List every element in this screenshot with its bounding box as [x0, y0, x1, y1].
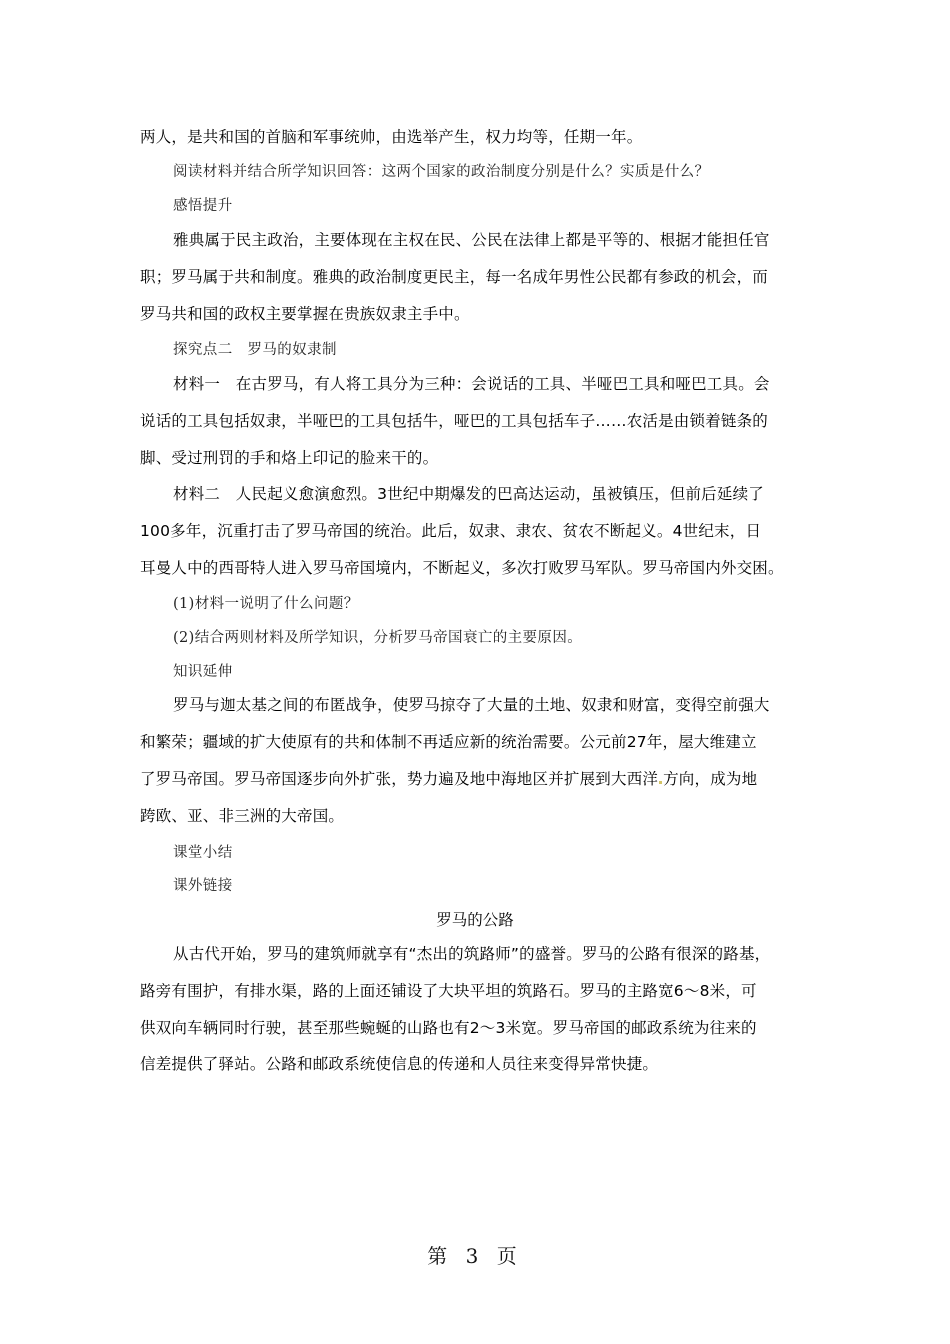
- paragraph-line: 罗马与迦太基之间的布匿战争，使罗马掠夺了大量的土地、奴隶和财富，变得空前强大: [173, 695, 863, 715]
- paragraph-line: 了罗马帝国。罗马帝国逐步向外扩张，势力遍及地中海地区并扩展到大西洋方向，成为地: [140, 769, 830, 789]
- section-heading-extra-link: 课外链接: [173, 876, 863, 896]
- question-prompt: 阅读材料并结合所学知识回答：这两个国家的政治制度分别是什么？实质是什么？: [173, 162, 863, 182]
- paragraph-line: 脚、受过刑罚的手和烙上印记的脸来干的。: [140, 448, 830, 468]
- article-title: 罗马的公路: [0, 910, 950, 930]
- paragraph-line: 和繁荣；疆域的扩大使原有的共和体制不再适应新的统治需要。公元前27年，屋大维建立: [140, 732, 830, 752]
- paragraph-line: 100多年，沉重打击了罗马帝国的统治。此后，奴隶、隶农、贫农不断起义。4世纪末，…: [140, 521, 830, 541]
- section-heading-explore-point-2: 探究点二 罗马的奴隶制: [173, 340, 863, 360]
- section-heading-insight: 感悟提升: [173, 196, 863, 216]
- edit-mark: [659, 781, 662, 784]
- document-page: 两人，是共和国的首脑和军事统帅，由选举产生，权力均等，任期一年。 阅读材料并结合…: [0, 0, 950, 1344]
- paragraph-line: 供双向车辆同时行驶，甚至那些蜿蜒的山路也有2～3米宽。罗马帝国的邮政系统为往来的: [140, 1018, 830, 1038]
- paragraph-line: 耳曼人中的西哥特人进入罗马帝国境内，不断起义，多次打败罗马军队。罗马帝国内外交困…: [140, 558, 830, 578]
- paragraph-line: 职；罗马属于共和制度。雅典的政治制度更民主，每一名成年男性公民都有参政的机会，而: [140, 267, 830, 287]
- section-heading-extension: 知识延伸: [173, 662, 863, 682]
- paragraph-line: 信差提供了驿站。公路和邮政系统使信息的传递和人员往来变得异常快捷。: [140, 1054, 830, 1074]
- paragraph-line: 材料一 在古罗马，有人将工具分为三种：会说话的工具、半哑巴工具和哑巴工具。会: [173, 374, 863, 394]
- paragraph-line: 路旁有围护，有排水渠，路的上面还铺设了大块平坦的筑路石。罗马的主路宽6～8米，可: [140, 981, 830, 1001]
- paragraph-line: 说话的工具包括奴隶，半哑巴的工具包括牛，哑巴的工具包括车子……农活是由锁着链条的: [140, 411, 830, 431]
- paragraph-text: 方向，成为地: [663, 770, 757, 788]
- paragraph-text: 了罗马帝国。罗马帝国逐步向外扩张，势力遍及地中海地区并扩展到大西洋: [140, 770, 658, 788]
- page-number: 第 3 页: [0, 1240, 950, 1269]
- paragraph-line: 材料二 人民起义愈演愈烈。3世纪中期爆发的巴高达运动，虽被镇压，但前后延续了: [173, 484, 863, 504]
- paragraph-line: 从古代开始，罗马的建筑师就享有“杰出的筑路师”的盛誉。罗马的公路有很深的路基，: [173, 944, 863, 964]
- paragraph-line: 跨欧、亚、非三洲的大帝国。: [140, 806, 830, 826]
- question-2: (2)结合两则材料及所学知识，分析罗马帝国衰亡的主要原因。: [173, 628, 863, 648]
- paragraph-line: 雅典属于民主政治，主要体现在主权在民、公民在法律上都是平等的、根据才能担任官: [173, 230, 863, 250]
- paragraph-line: 两人，是共和国的首脑和军事统帅，由选举产生，权力均等，任期一年。: [140, 127, 830, 147]
- section-heading-summary: 课堂小结: [173, 843, 863, 863]
- paragraph-line: 罗马共和国的政权主要掌握在贵族奴隶主手中。: [140, 304, 830, 324]
- question-1: (1)材料一说明了什么问题？: [173, 594, 863, 614]
